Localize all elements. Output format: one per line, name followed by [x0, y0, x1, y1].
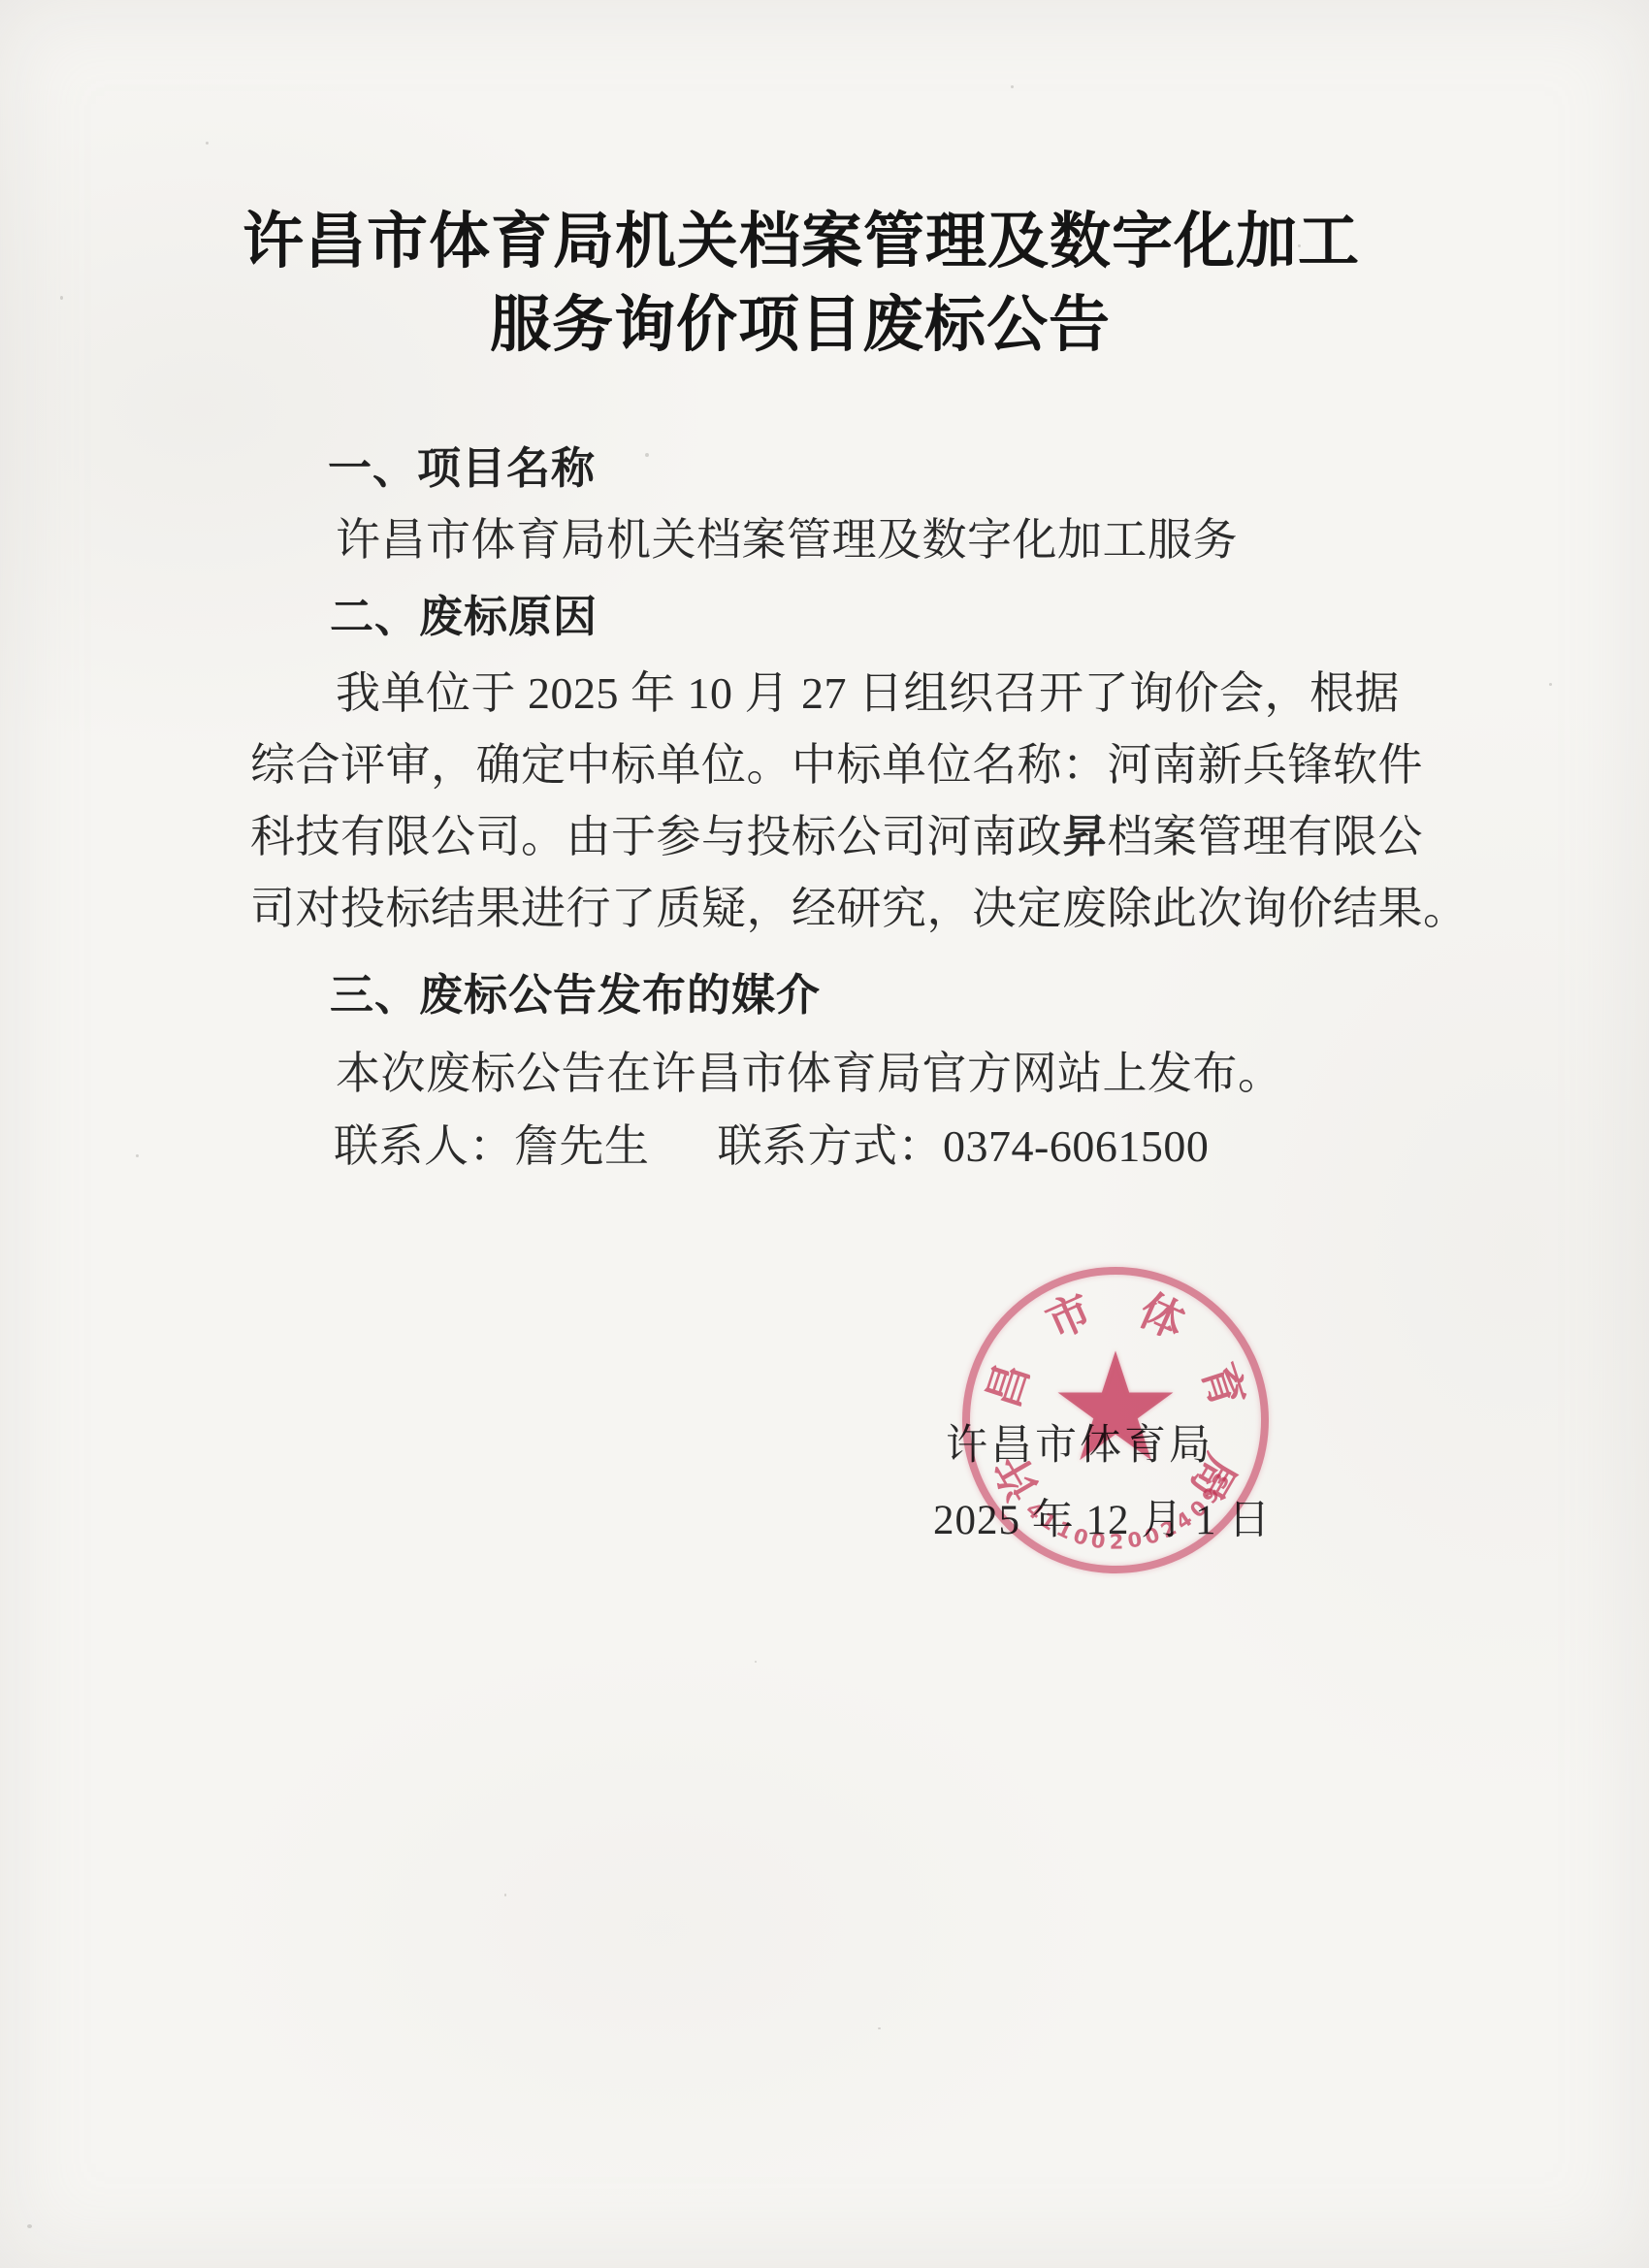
seal-star-icon: ★	[1049, 1333, 1183, 1483]
scan-speck	[60, 296, 63, 300]
scan-speck	[645, 453, 649, 457]
contact-person: 联系人：詹先生	[334, 1121, 650, 1171]
scan-speck	[136, 1154, 139, 1157]
paragraph-text: 档案管理有限公	[1108, 812, 1424, 861]
scan-speck	[1298, 244, 1301, 247]
official-seal: 许昌市体育局 ★ 4110020024093	[962, 1267, 1269, 1573]
seal-serial-digit: 2	[1110, 1532, 1124, 1552]
scan-speck	[27, 2224, 32, 2228]
scan-speck	[1549, 683, 1552, 686]
section-2-paragraph-line-3: 科技有限公司。由于参与投标公司河南政昇档案管理有限公	[250, 809, 1423, 865]
scan-speck	[878, 2027, 881, 2029]
section-2-paragraph-line-1: 我单位于 2025 年 10 月 27 日组织召开了询价会，根据	[336, 665, 1400, 722]
scan-speck	[504, 1894, 506, 1896]
document-title-line-2: 服务询价项目废标公告	[242, 287, 1358, 364]
document-title-line-1: 许昌市体育局机关档案管理及数字化加工	[242, 204, 1358, 280]
section-2-paragraph-line-2: 综合评审，确定中标单位。中标单位名称：河南新兵锋软件	[250, 737, 1423, 794]
contact-method: 联系方式：0374-6061500	[718, 1121, 1210, 1171]
scan-speck	[206, 142, 209, 145]
scan-speck	[456, 982, 458, 985]
section-1-body: 许昌市体育局机关档案管理及数字化加工服务	[336, 512, 1238, 568]
paragraph-text: 科技有限公司。由于参与投标公司河南政	[250, 812, 1062, 861]
scan-speck	[1011, 85, 1014, 88]
section-3-body: 本次废标公告在许昌市体育局官方网站上发布。	[336, 1046, 1283, 1102]
seal-serial-digit: 0	[1126, 1530, 1144, 1552]
section-1-heading: 一、项目名称	[328, 441, 596, 496]
scan-speck	[755, 1661, 757, 1663]
section-3-heading: 三、废标公告发布的媒介	[330, 968, 821, 1022]
contact-line: 联系人：詹先生联系方式：0374-6061500	[334, 1118, 1209, 1175]
emphasized-character: 昇	[1062, 811, 1108, 861]
scanned-document-page: 许昌市体育局机关档案管理及数字化加工 服务询价项目废标公告 一、项目名称 许昌市…	[0, 0, 1649, 2268]
section-2-heading: 二、废标原因	[330, 590, 598, 644]
section-2-paragraph-line-4: 司对投标结果进行了质疑，经研究，决定废除此次询价结果。	[250, 881, 1469, 937]
